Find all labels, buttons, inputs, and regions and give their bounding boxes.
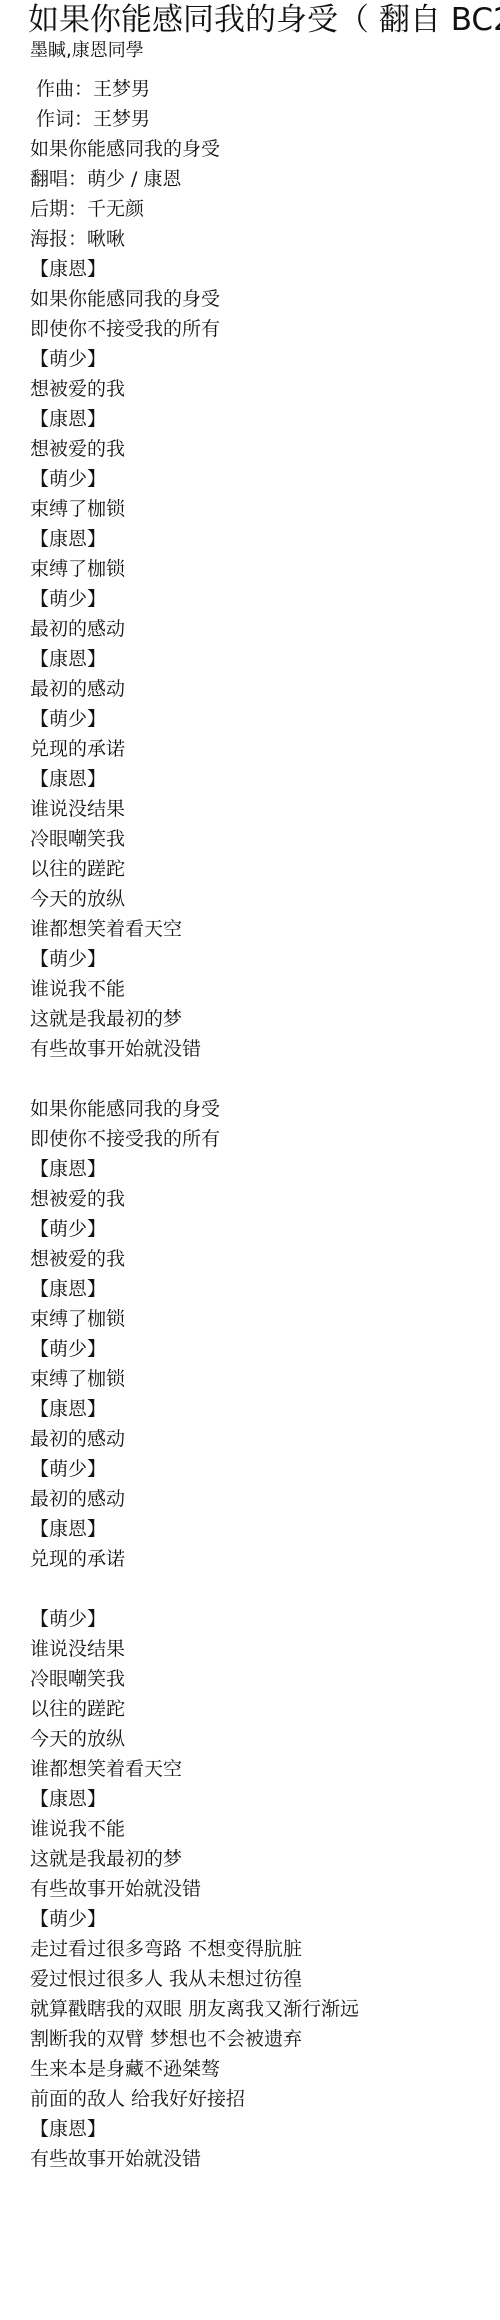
lyric-line: 最初的感动 [30, 1484, 490, 1514]
lyric-singer-tag: 【康恩】 [30, 1274, 490, 1304]
lyric-line: 以往的蹉跎 [30, 1694, 490, 1724]
lyric-line: 有些故事开始就没错 [30, 1874, 490, 1904]
lyric-singer-tag: 【康恩】 [30, 764, 490, 794]
lyric-blank-line [30, 1574, 490, 1604]
lyric-line: 今天的放纵 [30, 884, 490, 914]
lyric-singer-tag: 【康恩】 [30, 1394, 490, 1424]
lyric-line: 作曲：王梦男 [30, 74, 490, 104]
lyric-line: 谁说我不能 [30, 1814, 490, 1844]
lyric-singer-tag: 【萌少】 [30, 584, 490, 614]
lyric-line: 如果你能感同我的身受 [30, 284, 490, 314]
lyric-line: 束缚了枷锁 [30, 1364, 490, 1394]
lyric-line: 翻唱：萌少 / 康恩 [30, 164, 490, 194]
lyric-line: 束缚了枷锁 [30, 494, 490, 524]
lyric-line: 这就是我最初的梦 [30, 1844, 490, 1874]
lyric-singer-tag: 【萌少】 [30, 1454, 490, 1484]
lyric-line: 走过看过很多弯路 不想变得肮脏 [30, 1934, 490, 1964]
lyric-line: 谁都想笑着看天空 [30, 914, 490, 944]
lyric-line: 兑现的承诺 [30, 1544, 490, 1574]
lyric-line: 生来本是身藏不逊桀骜 [30, 2054, 490, 2084]
lyric-line: 这就是我最初的梦 [30, 1004, 490, 1034]
lyric-singer-tag: 【康恩】 [30, 524, 490, 554]
lyric-line: 就算戳瞎我的双眼 朋友离我又渐行渐远 [30, 1994, 490, 2024]
song-title: 如果你能感同我的身受（ 翻自 BC2 [28, 0, 500, 40]
lyric-line: 兑现的承诺 [30, 734, 490, 764]
song-artists: 墨䁍,康恩同學 [30, 38, 144, 64]
lyric-singer-tag: 【康恩】 [30, 644, 490, 674]
lyric-singer-tag: 【萌少】 [30, 1904, 490, 1934]
lyric-singer-tag: 【萌少】 [30, 704, 490, 734]
lyric-line: 有些故事开始就没错 [30, 1034, 490, 1064]
lyric-singer-tag: 【康恩】 [30, 2114, 490, 2144]
lyric-line: 最初的感动 [30, 674, 490, 704]
lyric-line: 最初的感动 [30, 1424, 490, 1454]
lyric-line: 冷眼嘲笑我 [30, 824, 490, 854]
lyric-line: 即使你不接受我的所有 [30, 314, 490, 344]
lyric-line: 想被爱的我 [30, 434, 490, 464]
lyric-line: 海报：啾啾 [30, 224, 490, 254]
lyric-line: 后期：千无颜 [30, 194, 490, 224]
lyric-line: 今天的放纵 [30, 1724, 490, 1754]
lyric-line: 束缚了枷锁 [30, 554, 490, 584]
lyric-line: 如果你能感同我的身受 [30, 134, 490, 164]
lyric-line: 以往的蹉跎 [30, 854, 490, 884]
lyric-line: 即使你不接受我的所有 [30, 1124, 490, 1154]
lyric-line: 爱过恨过很多人 我从未想过彷徨 [30, 1964, 490, 1994]
lyric-singer-tag: 【萌少】 [30, 944, 490, 974]
lyric-singer-tag: 【康恩】 [30, 1154, 490, 1184]
lyric-singer-tag: 【萌少】 [30, 1214, 490, 1244]
lyric-line: 束缚了枷锁 [30, 1304, 490, 1334]
lyric-singer-tag: 【萌少】 [30, 1334, 490, 1364]
lyric-singer-tag: 【萌少】 [30, 344, 490, 374]
lyric-line: 冷眼嘲笑我 [30, 1664, 490, 1694]
lyric-line: 作词：王梦男 [30, 104, 490, 134]
lyric-singer-tag: 【萌少】 [30, 464, 490, 494]
lyric-line: 如果你能感同我的身受 [30, 1094, 490, 1124]
lyric-singer-tag: 【康恩】 [30, 404, 490, 434]
lyric-singer-tag: 【康恩】 [30, 1784, 490, 1814]
lyric-singer-tag: 【康恩】 [30, 254, 490, 284]
lyrics-body: 作曲：王梦男 作词：王梦男如果你能感同我的身受翻唱：萌少 / 康恩后期：千无颜海… [30, 74, 490, 2174]
lyric-line: 想被爱的我 [30, 1184, 490, 1214]
lyric-line: 谁都想笑着看天空 [30, 1754, 490, 1784]
lyric-line: 割断我的双臂 梦想也不会被遗弃 [30, 2024, 490, 2054]
lyric-line: 有些故事开始就没错 [30, 2144, 490, 2174]
lyric-line: 前面的敌人 给我好好接招 [30, 2084, 490, 2114]
lyric-line: 谁说没结果 [30, 1634, 490, 1664]
lyric-singer-tag: 【萌少】 [30, 1604, 490, 1634]
lyric-line: 想被爱的我 [30, 1244, 490, 1274]
lyric-singer-tag: 【康恩】 [30, 1514, 490, 1544]
lyric-blank-line [30, 1064, 490, 1094]
lyric-line: 谁说我不能 [30, 974, 490, 1004]
lyric-line: 想被爱的我 [30, 374, 490, 404]
lyric-line: 最初的感动 [30, 614, 490, 644]
lyric-line: 谁说没结果 [30, 794, 490, 824]
